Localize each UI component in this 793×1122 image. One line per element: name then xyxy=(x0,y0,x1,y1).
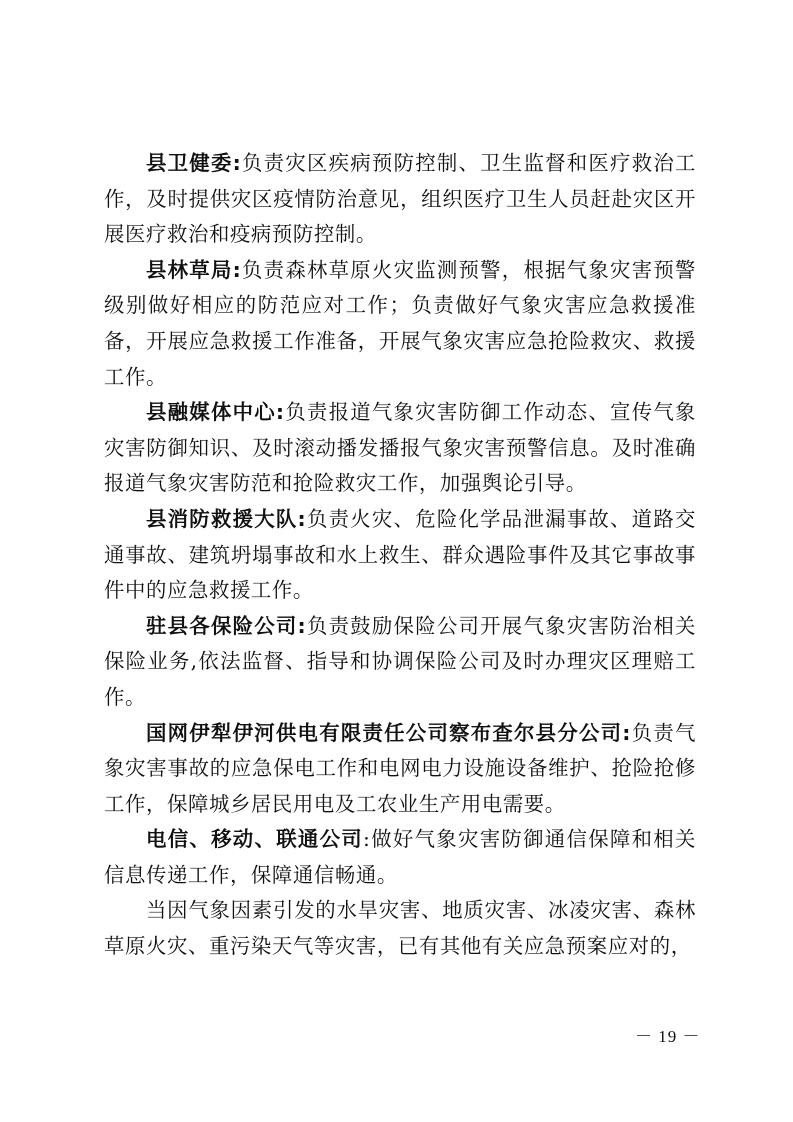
paragraph-county-health-commission: 县卫健委:负责灾区疾病预防控制、卫生监督和医疗救治工作，及时提供灾区疫情防治意见… xyxy=(104,146,696,253)
paragraph-telecom-companies: 电信、移动、联通公司:做好气象灾害防御通信保障和相关信息传递工作，保障通信畅通。 xyxy=(104,822,696,893)
paragraph-lead: 电信、移动、联通公司 xyxy=(146,827,363,851)
paragraph-lead: 县融媒体中心: xyxy=(146,400,285,424)
paragraph-county-media-center: 县融媒体中心:负责报道气象灾害防御工作动态、宣传气象灾害防御知识、及时滚动播发播… xyxy=(104,395,696,502)
paragraph-other-disasters: 当因气象因素引发的水旱灾害、地质灾害、冰凌灾害、森林草原火灾、重污染天气等灾害，… xyxy=(104,893,696,964)
document-body: 县卫健委:负责灾区疾病预防控制、卫生监督和医疗救治工作，及时提供灾区疫情防治意见… xyxy=(104,146,696,965)
paragraph-text: 当因气象因素引发的水旱灾害、地质灾害、冰凌灾害、森林草原火灾、重污染天气等灾害，… xyxy=(104,898,696,958)
paragraph-lead: 驻县各保险公司: xyxy=(146,614,306,638)
paragraph-lead: 县消防救援大队: xyxy=(146,507,306,531)
paragraph-lead: 县卫健委: xyxy=(146,151,241,175)
paragraph-lead: 县林草局: xyxy=(146,258,241,282)
paragraph-power-supply-company: 国网伊犁伊河供电有限责任公司察布查尔县分公司:负责气象灾害事故的应急保电工作和电… xyxy=(104,716,696,823)
paragraph-county-fire-rescue-brigade: 县消防救援大队:负责火灾、危险化学品泄漏事故、道路交通事故、建筑坍塌事故和水上救… xyxy=(104,502,696,609)
paragraph-lead: 国网伊犁伊河供电有限责任公司察布查尔县分公司: xyxy=(146,721,631,745)
paragraph-insurance-companies: 驻县各保险公司:负责鼓励保险公司开展气象灾害防治相关保险业务,依法监督、指导和协… xyxy=(104,609,696,716)
paragraph-county-forestry-grassland-bureau: 县林草局:负责森林草原火灾监测预警，根据气象灾害预警级别做好相应的防范应对工作；… xyxy=(104,253,696,395)
page-number: － 19 － xyxy=(635,1022,701,1047)
